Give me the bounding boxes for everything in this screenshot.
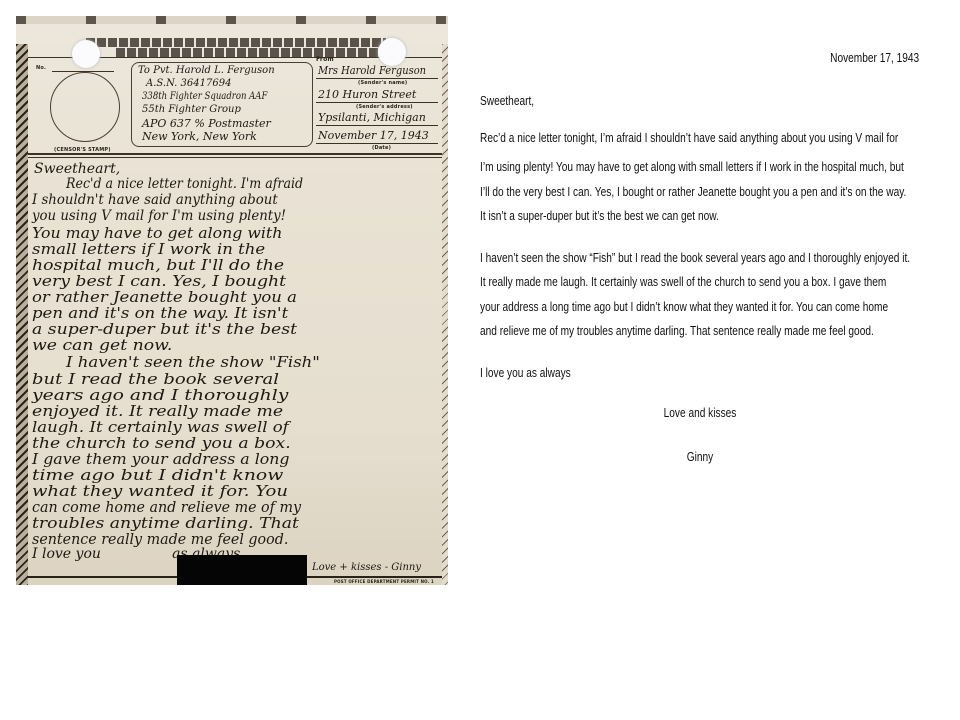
scan-right-border: [442, 44, 448, 585]
no-label: No.: [36, 65, 46, 71]
paragraph-line: Rec’d a nice letter tonight, I’m afraid …: [480, 129, 898, 147]
paragraph-line: and relieve me of my troubles anytime da…: [480, 322, 874, 340]
paragraph-line: I’ll do the very best I can. Yes, I boug…: [480, 183, 906, 201]
body-top-rule: [28, 153, 442, 155]
senders-name-label: (Sender's name): [358, 80, 407, 86]
redaction-box: [177, 555, 307, 585]
paragraph-line: I haven’t seen the show “Fish” but I rea…: [480, 249, 910, 267]
to-address-line: New York, New York: [142, 130, 257, 143]
handwritten-line: Sweetheart,: [34, 161, 120, 177]
date-label: (Date): [372, 145, 391, 151]
handwritten-line: we can get now.: [32, 336, 172, 354]
punch-hole-right: [378, 38, 406, 66]
body-top-rule-2: [28, 157, 442, 158]
letter-valediction: Love and kisses: [622, 404, 778, 422]
paragraph-line: your address a long time ago but I didn’…: [480, 298, 888, 316]
letter-salutation: Sweetheart,: [480, 92, 534, 110]
paragraph-line: It really made me laugh. It certainly wa…: [480, 273, 886, 291]
from-city: Ypsilanti, Michigan: [318, 111, 426, 124]
paragraph-line: I’m using plenty! You may have to get al…: [480, 158, 904, 176]
from-date: November 17, 1943: [318, 129, 429, 142]
from-city-line: [316, 125, 438, 126]
handwritten-signature: Love + kisses - Ginny: [312, 562, 421, 573]
to-address-line: APO 637 % Postmaster: [142, 117, 271, 130]
scan-left-border: [16, 44, 28, 585]
handwritten-line: you using V mail for I'm using plenty!: [32, 208, 286, 224]
from-name-line: [316, 78, 438, 79]
from-label: From: [316, 56, 334, 63]
to-address-line: 55th Fighter Group: [142, 104, 241, 115]
to-address-line: To Pvt. Harold L. Ferguson: [138, 65, 275, 76]
handwritten-line: Rec'd a nice letter tonight. I'm afraid: [66, 176, 303, 192]
from-street-line: [316, 102, 438, 103]
footer-permit-label: POST OFFICE DEPARTMENT PERMIT NO. 1: [334, 579, 434, 584]
from-name: Mrs Harold Ferguson: [318, 64, 426, 77]
printed-instructions: [86, 38, 386, 47]
paragraph-line: It isn’t a super-duper but it’s the best…: [480, 207, 719, 225]
punch-hole-left: [72, 40, 100, 68]
to-address-line: A.S.N. 36417694: [146, 78, 231, 89]
printed-instructions-line-2: [116, 48, 381, 57]
senders-address-label: (Sender's address): [356, 104, 413, 110]
scan-top-edge: [16, 16, 448, 24]
to-address-line: 338th Fighter Squadron AAF: [142, 91, 267, 102]
letter-date: November 17, 1943: [830, 49, 919, 67]
letter-signature: Ginny: [622, 448, 778, 466]
from-street: 210 Huron Street: [318, 88, 416, 101]
handwritten-line: I haven't seen the show "Fish": [66, 353, 320, 371]
scanned-vmail-image: No. (CENSOR'S STAMP) To Pvt. Harold L. F…: [16, 16, 448, 585]
letter-closing-line: I love you as always: [480, 364, 571, 382]
from-date-line: [316, 143, 438, 144]
censor-stamp-circle: [50, 72, 120, 142]
handwritten-line: I shouldn't have said anything about: [32, 192, 278, 208]
recipient-address-box: To Pvt. Harold L. Ferguson A.S.N. 364176…: [131, 62, 313, 147]
